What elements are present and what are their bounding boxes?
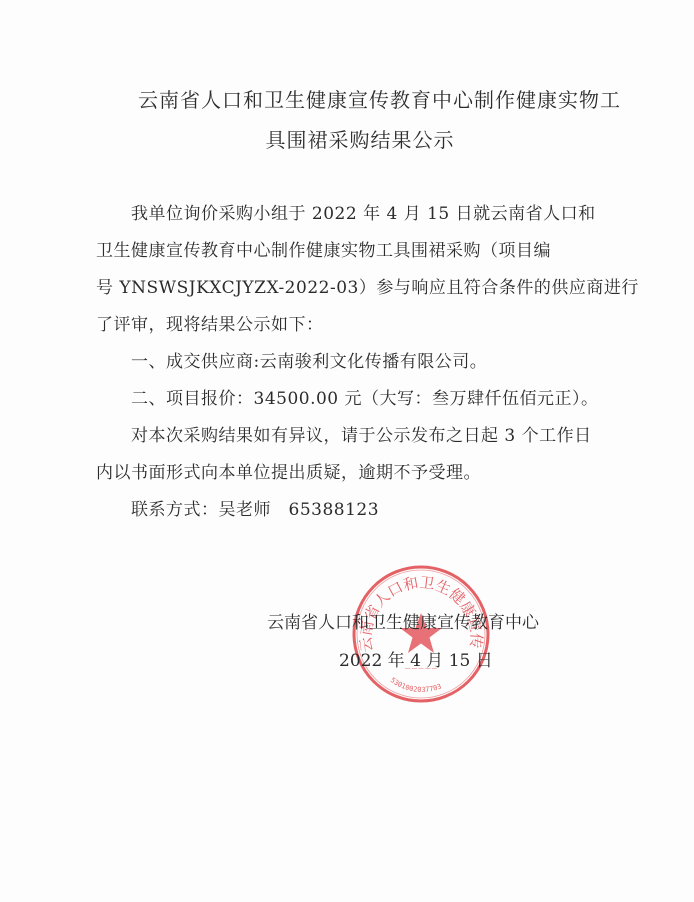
stamp-serial: 5301002037703 bbox=[389, 676, 443, 694]
document-title-line-2: 具围裙采购结果公示 bbox=[100, 124, 620, 153]
body-paragraph-1-line-1: 我单位询价采购小组于 2022 年 4 月 15 日就云南省人口和 bbox=[131, 199, 596, 224]
official-seal-stamp: 云南省人口和卫生健康宣传教育中心 ∽∼∽∼∽ 5301002037703 bbox=[350, 563, 492, 705]
body-paragraph-2-line-1: 对本次采购结果如有异议，请于公示发布之日起 3 个工作日 bbox=[131, 421, 592, 446]
document-page: 云南省人口和卫生健康宣传教育中心制作健康实物工 具围裙采购结果公示 我单位询价采… bbox=[0, 0, 694, 902]
document-title-line-1: 云南省人口和卫生健康宣传教育中心制作健康实物工 bbox=[138, 84, 598, 113]
signature-date: 2022 年 4 月 15 日 bbox=[339, 646, 493, 671]
contact-info: 联系方式：吴老师 65388123 bbox=[131, 495, 379, 520]
signature-organization: 云南省人口和卫生健康宣传教育中心 bbox=[267, 608, 539, 633]
body-paragraph-1-line-3: 号 YNSWSJKXCJYZX-2022-03）参与响应且符合条件的供应商进行 bbox=[96, 273, 639, 298]
result-item-supplier: 一、成交供应商:云南骏利文化传播有限公司。 bbox=[131, 347, 487, 372]
body-paragraph-1-line-4: 了评审，现将结果公示如下： bbox=[96, 310, 324, 335]
body-paragraph-1-line-2: 卫生健康宣传教育中心制作健康实物工具围裙采购（项目编 bbox=[96, 236, 551, 261]
result-item-price: 二、项目报价：34500.00 元（大写：叁万肆仟伍佰元正）。 bbox=[131, 384, 599, 409]
body-paragraph-2-line-2: 内以书面形式向本单位提出质疑，逾期不予受理。 bbox=[96, 458, 481, 483]
